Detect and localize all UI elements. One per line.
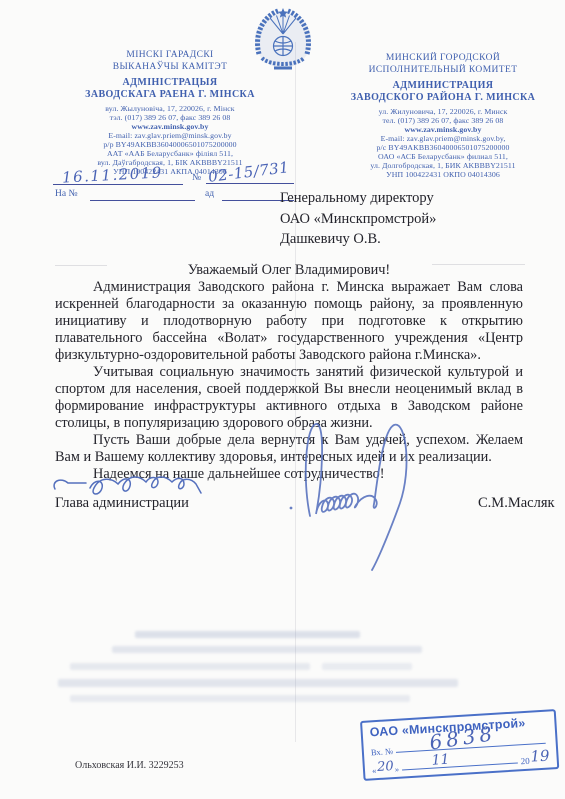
phone-line: тел. (017) 389 26 07, факс 389 26 08 <box>328 116 558 125</box>
reply-number-underline <box>90 199 195 201</box>
stamp-month-underline: 11 <box>402 762 518 770</box>
stamp-in-label: Вх. № <box>371 746 394 757</box>
org-name-line2: ЗАВОДСКАГА РАЕНА Г. МІНСКА <box>40 89 300 101</box>
bleedthrough-text-line <box>70 695 410 702</box>
address-line: ул. Жилуновича, 17, 220026, г. Минск <box>328 107 558 116</box>
signoff-title: Глава администрации <box>55 495 189 512</box>
addressee-name: Дашкевичу О.В. <box>280 229 436 250</box>
addressee-block: Генеральному директору ОАО «Минскпромстр… <box>280 188 436 250</box>
website-line: www.zav.minsk.gov.by <box>328 125 558 134</box>
committee-name-line1: МИНСКИЙ ГОРОДСКОЙ <box>328 53 558 65</box>
letterhead-details: ул. Жилуновича, 17, 220026, г. Минск тел… <box>328 107 558 179</box>
stamp-day-handwritten: 20 <box>377 759 394 775</box>
account-line: р/с BY49AKBB36040006501075200000 <box>328 143 558 152</box>
executor-note: Ольховская И.И. 3229253 <box>75 760 184 771</box>
bleedthrough-text-line <box>70 663 310 670</box>
bank-line: ОАО «АСБ Беларусбанк» филиал 511, <box>328 152 558 161</box>
addressee-position: Генеральному директору <box>280 188 436 209</box>
stamp-year-handwritten: 19 <box>530 747 550 766</box>
number-underline <box>206 182 294 184</box>
date-underline <box>53 183 183 185</box>
number-sign-label: № <box>192 173 201 183</box>
website-line: www.zav.minsk.gov.by <box>40 122 300 131</box>
signoff-name: С.М.Масляк <box>478 495 555 512</box>
signature-scribble <box>272 408 482 578</box>
stamp-close-quote: » <box>394 764 399 774</box>
email-line: E-mail: zav.glav.priem@minsk.gov.by, <box>328 134 558 143</box>
stamp-year-prefix: 20 <box>520 756 530 767</box>
stamp-month-handwritten: 11 <box>431 752 450 769</box>
phone-line: тэл. (017) 389 26 07, факс 389 26 08 <box>40 113 300 122</box>
bleedthrough-text-line <box>322 663 412 670</box>
letterhead-russian: МИНСКИЙ ГОРОДСКОЙ ИСПОЛНИТЕЛЬНЫЙ КОМИТЕТ… <box>328 53 558 179</box>
salutation: Уважаемый Олег Владимирович! <box>55 262 523 279</box>
bank-line: ААТ «ААБ Беларусбанк» філіял 511, <box>40 149 300 158</box>
paragraph: Администрация Заводского района г. Минск… <box>55 279 523 364</box>
letterhead-belarusian: МІНСКІ ГАРАДСКІ ВЫКАНАЎЧЫ КАМІТЭТ АДМІНІ… <box>40 50 300 176</box>
org-name-line1: АДМІНІСТРАЦЫЯ <box>40 77 300 89</box>
reply-to-label: На № <box>55 189 78 199</box>
reply-from-label: ад <box>205 189 214 199</box>
committee-name-line2: ВЫКАНАЎЧЫ КАМІТЭТ <box>40 62 300 74</box>
email-line: E-mail: zav.glav.priem@minsk.gov.by <box>40 131 300 140</box>
org-name-line1: АДМИНИСТРАЦИЯ <box>328 80 558 92</box>
codes-line: УНП 100422431 ОКПО 04014306 <box>328 170 558 179</box>
incoming-registration-stamp: ОАО «Минскпромстрой» Вх. № 6838 « 20 » 1… <box>360 709 559 781</box>
bank-address-line: ул. Долгобродская, 1, БИК AKBBBY21511 <box>328 161 558 170</box>
committee-name-line2: ИСПОЛНИТЕЛЬНЫЙ КОМИТЕТ <box>328 65 558 77</box>
org-name-line2: ЗАВОДСКОГО РАЙОНА Г. МИНСКА <box>328 92 558 104</box>
account-line: р/р BY49AKBB36040006501075200000 <box>40 140 300 149</box>
bleedthrough-text-line <box>58 679 458 687</box>
bleedthrough-text-line <box>112 646 422 653</box>
address-line: вул. Жылуновіча, 17, 220026, г. Мінск <box>40 104 300 113</box>
committee-name-line1: МІНСКІ ГАРАДСКІ <box>40 50 300 62</box>
addressee-company: ОАО «Минскпромстрой» <box>280 209 436 230</box>
bleedthrough-text-line <box>135 631 360 638</box>
